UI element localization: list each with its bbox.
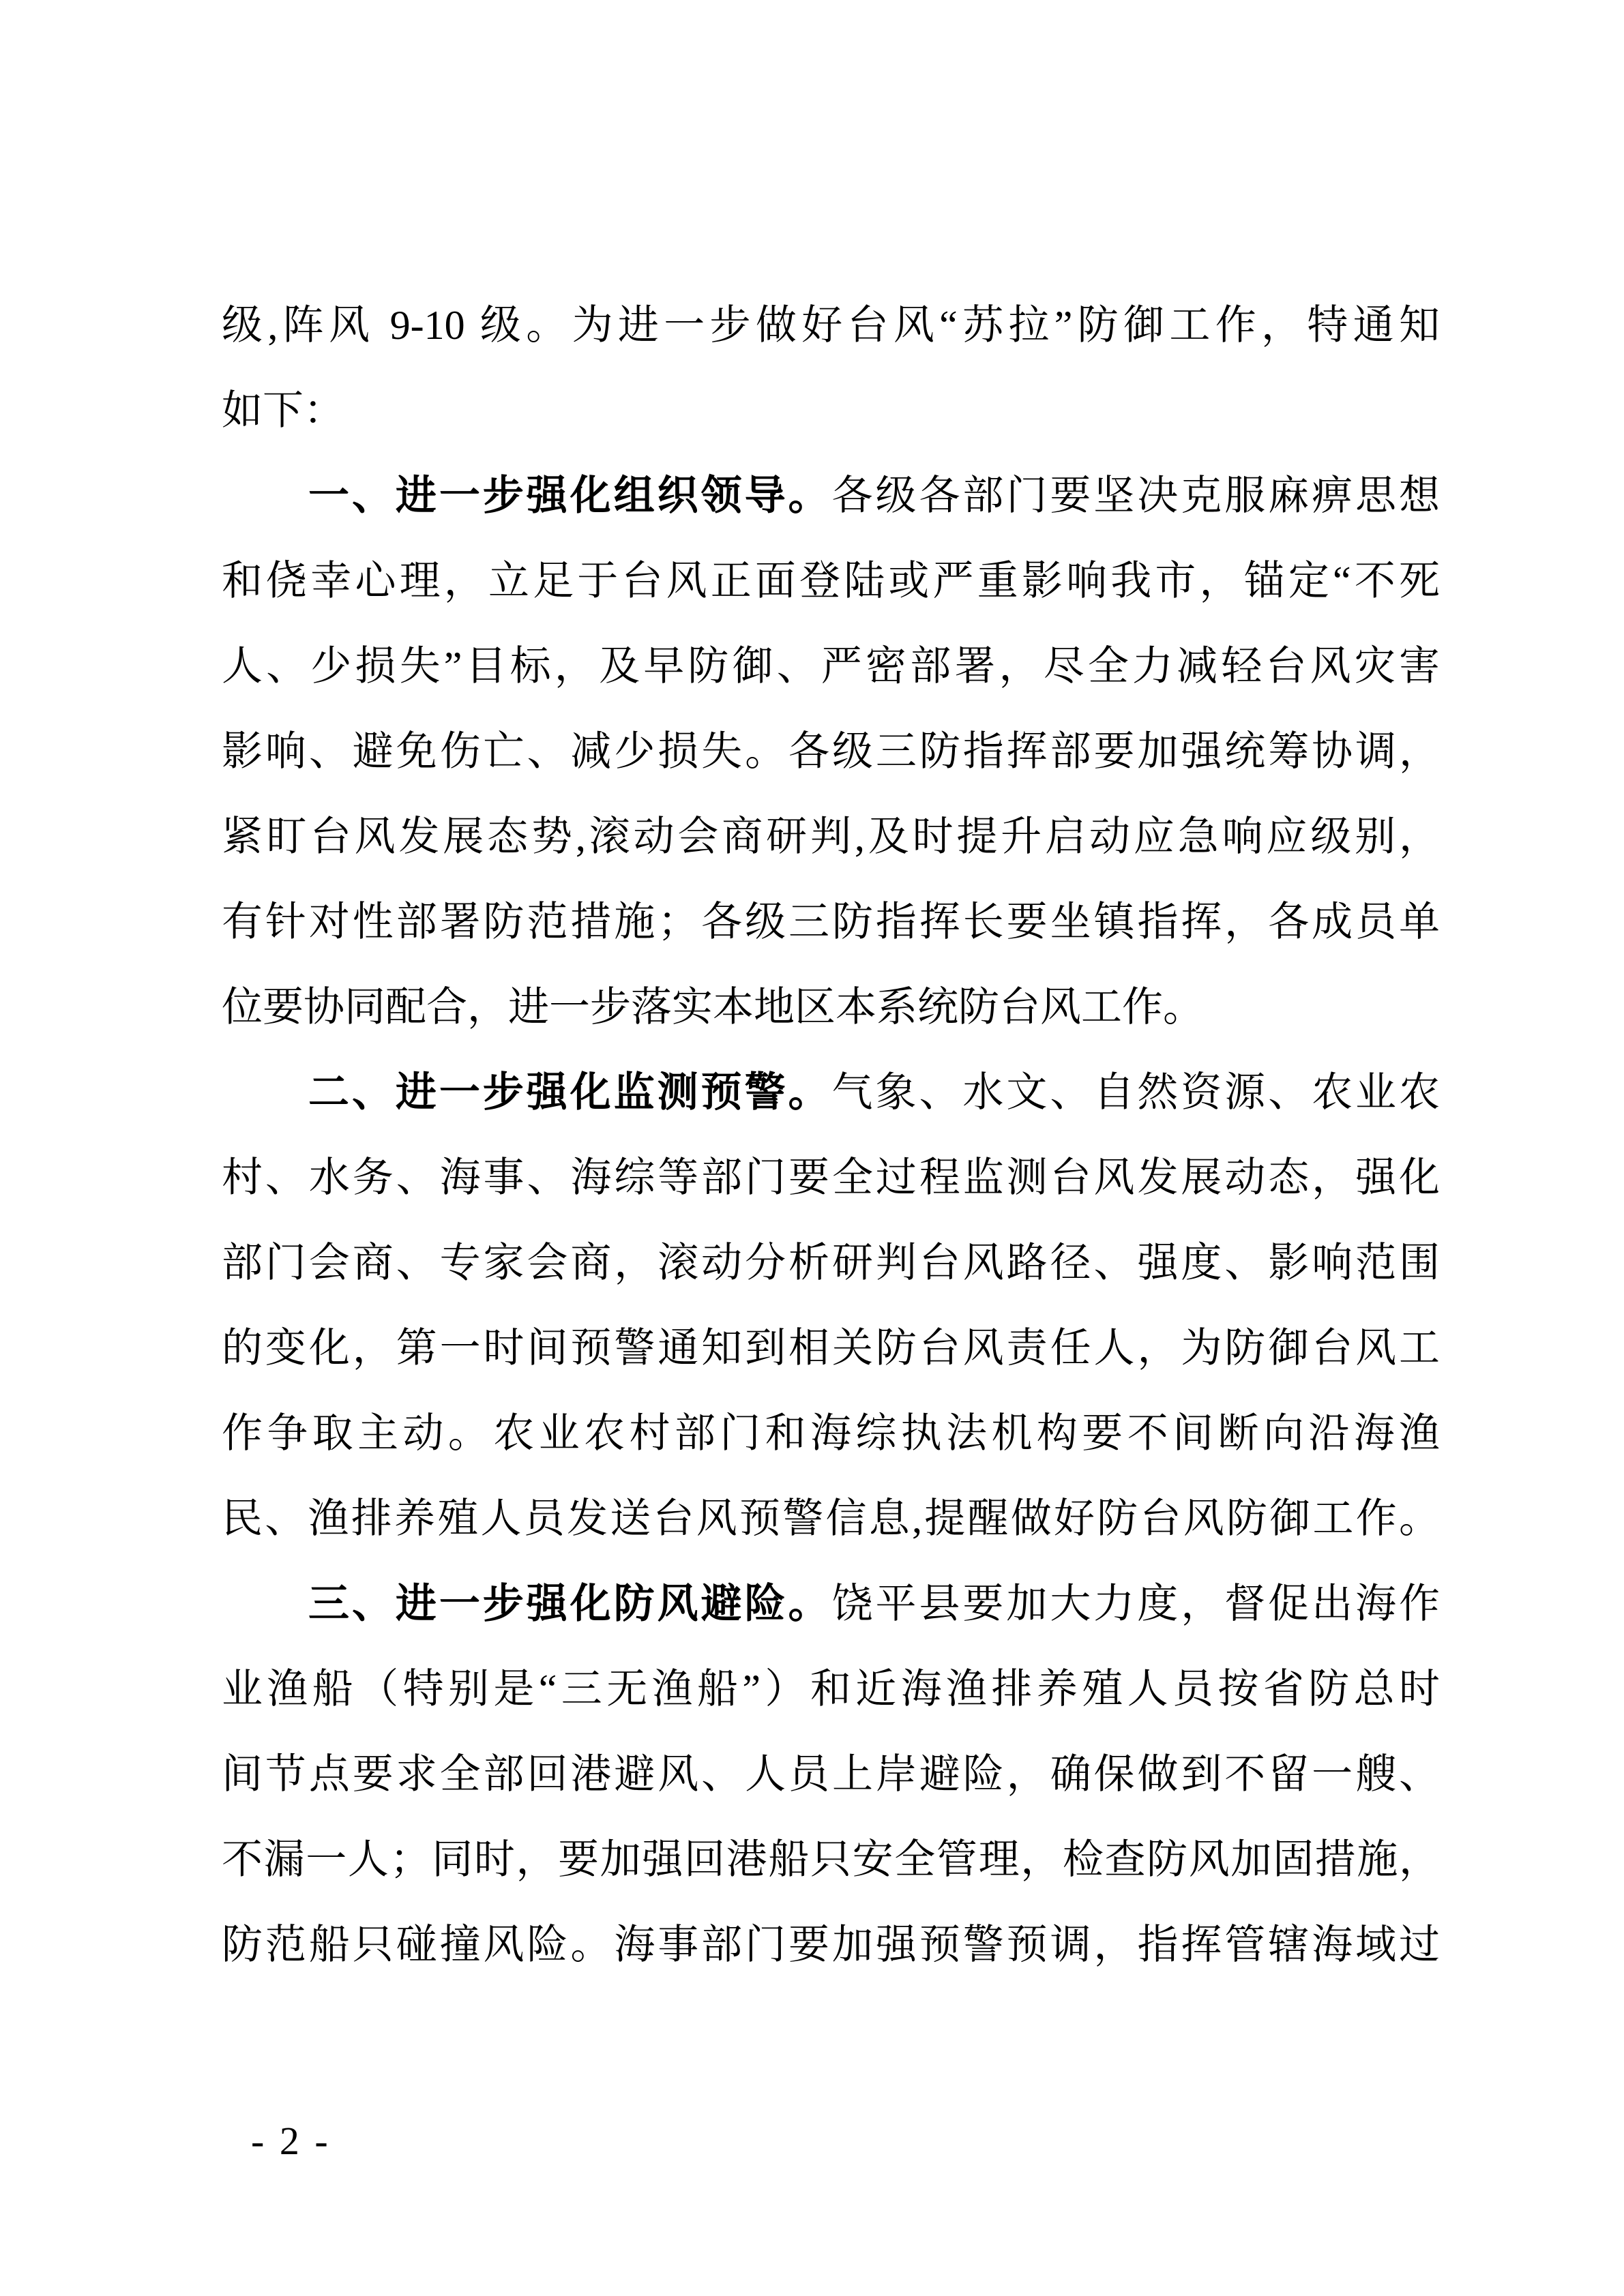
line-text: 的变化，第一时间预警通知到相关防台风责任人，为防御台风工 [222, 1326, 1440, 1371]
line-text: 不漏一人；同时，要加强回港船只安全管理，检查防风加固措施， [222, 1837, 1440, 1882]
document-body: 级,阵风 9-10 级。为进一步做好台风“苏拉”防御工作，特通知 如下： 一、进… [222, 283, 1440, 1988]
text-line: 位要协同配合，进一步落实本地区本系统防台风工作。 [222, 965, 1440, 1050]
line-text: 业渔船（特别是“三无渔船”）和近海渔排养殖人员按省防总时 [222, 1667, 1440, 1712]
line-text: 级,阵风 9-10 级。为进一步做好台风“苏拉”防御工作，特通知 [222, 303, 1440, 348]
document-page: 级,阵风 9-10 级。为进一步做好台风“苏拉”防御工作，特通知 如下： 一、进… [0, 0, 1624, 2296]
line-text: 作争取主动。农业农村部门和海综执法机构要不间断向沿海渔 [222, 1411, 1440, 1456]
text-line: 三、进一步强化防风避险。饶平县要加大力度，督促出海作 [222, 1562, 1440, 1647]
text-line: 有针对性部署防范措施；各级三防指挥长要坐镇指挥，各成员单 [222, 880, 1440, 965]
line-text: 村、水务、海事、海综等部门要全过程监测台风发展动态，强化 [222, 1155, 1440, 1200]
text-line: 间节点要求全部回港避风、人员上岸避险，确保做到不留一艘、 [222, 1732, 1440, 1817]
line-text: 部门会商、专家会商，滚动分析研判台风路径、强度、影响范围 [222, 1240, 1440, 1285]
text-line: 村、水务、海事、海综等部门要全过程监测台风发展动态，强化 [222, 1135, 1440, 1221]
line-text: 有针对性部署防范措施；各级三防指挥长要坐镇指挥，各成员单 [222, 899, 1440, 944]
text-line: 防范船只碰撞风险。海事部门要加强预警预调，指挥管辖海域过 [222, 1903, 1440, 1988]
line-text: 如下： [222, 388, 344, 433]
text-line: 业渔船（特别是“三无渔船”）和近海渔排养殖人员按省防总时 [222, 1647, 1440, 1732]
text-line: 不漏一人；同时，要加强回港船只安全管理，检查防风加固措施， [222, 1817, 1440, 1903]
text-line: 的变化，第一时间预警通知到相关防台风责任人，为防御台风工 [222, 1306, 1440, 1391]
text-line: 二、进一步强化监测预警。气象、水文、自然资源、农业农 [222, 1050, 1440, 1135]
page-number: - 2 - [251, 2114, 331, 2168]
section-heading: 三、进一步强化防风避险。 [308, 1580, 832, 1628]
line-text: 紧盯台风发展态势,滚动会商研判,及时提升启动应急响应级别， [222, 814, 1440, 859]
section-heading: 一、进一步强化组织领导。 [308, 472, 832, 520]
line-text: 各级各部门要坚决克服麻痹思想 [832, 473, 1440, 518]
text-line: 一、进一步强化组织领导。各级各部门要坚决克服麻痹思想 [222, 453, 1440, 539]
section-heading: 二、进一步强化监测预警。 [308, 1069, 832, 1116]
text-line: 作争取主动。农业农村部门和海综执法机构要不间断向沿海渔 [222, 1391, 1440, 1476]
text-line: 民、渔排养殖人员发送台风预警信息,提醒做好防台风防御工作。 [222, 1476, 1440, 1562]
text-line: 和侥幸心理，立足于台风正面登陆或严重影响我市，锚定“不死 [222, 539, 1440, 624]
line-text: 防范船只碰撞风险。海事部门要加强预警预调，指挥管辖海域过 [222, 1922, 1440, 1967]
line-text: 气象、水文、自然资源、农业农 [832, 1070, 1440, 1115]
text-line: 如下： [222, 368, 1440, 453]
text-line: 人、少损失”目标，及早防御、严密部署，尽全力减轻台风灾害 [222, 624, 1440, 709]
line-text: 人、少损失”目标，及早防御、严密部署，尽全力减轻台风灾害 [222, 644, 1440, 689]
line-text: 民、渔排养殖人员发送台风预警信息,提醒做好防台风防御工作。 [222, 1496, 1440, 1541]
line-text: 影响、避免伤亡、减少损失。各级三防指挥部要加强统筹协调， [222, 729, 1440, 774]
line-text: 和侥幸心理，立足于台风正面登陆或严重影响我市，锚定“不死 [222, 558, 1440, 603]
text-line: 影响、避免伤亡、减少损失。各级三防指挥部要加强统筹协调， [222, 709, 1440, 794]
line-text: 饶平县要加大力度，督促出海作 [832, 1581, 1440, 1626]
line-text: 位要协同配合，进一步落实本地区本系统防台风工作。 [222, 985, 1204, 1030]
line-text: 间节点要求全部回港避风、人员上岸避险，确保做到不留一艘、 [222, 1752, 1440, 1797]
text-line: 级,阵风 9-10 级。为进一步做好台风“苏拉”防御工作，特通知 [222, 283, 1440, 368]
text-line: 紧盯台风发展态势,滚动会商研判,及时提升启动应急响应级别， [222, 794, 1440, 880]
text-line: 部门会商、专家会商，滚动分析研判台风路径、强度、影响范围 [222, 1221, 1440, 1306]
